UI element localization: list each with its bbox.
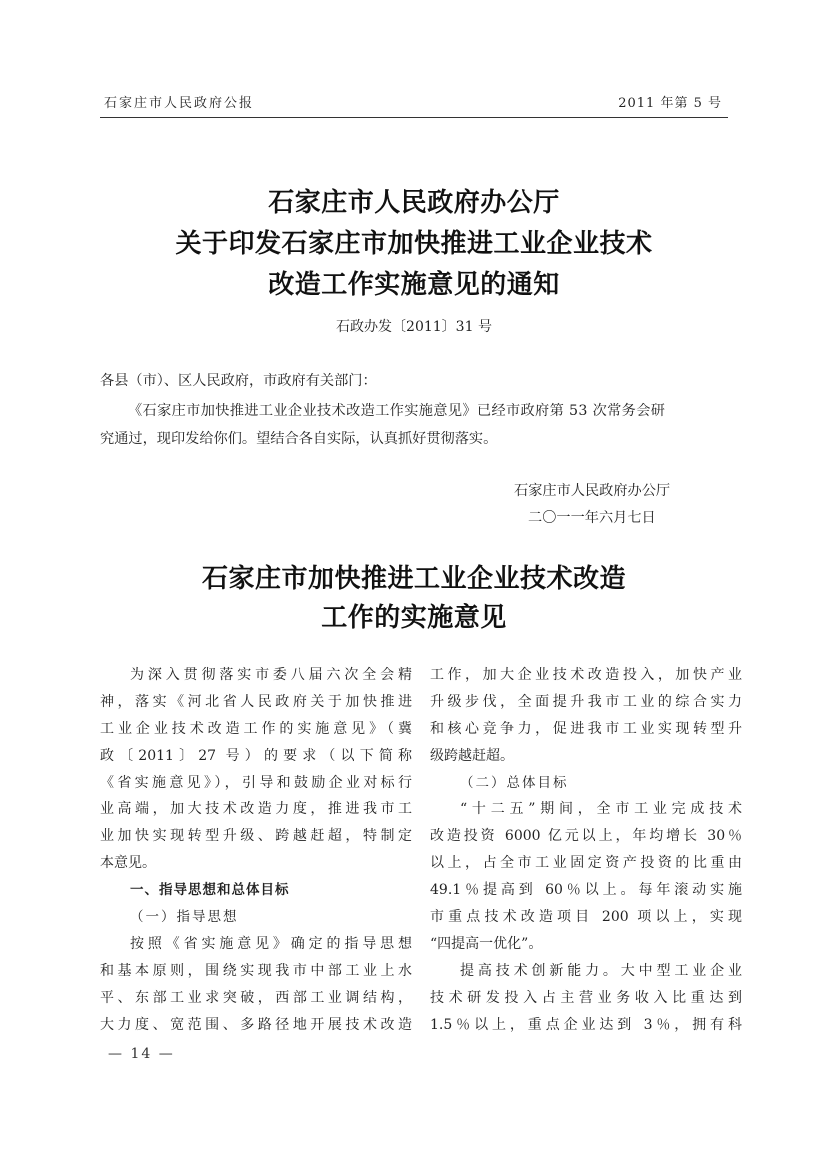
body-line: 按照《省实施意见》确定的指导思想 [100, 931, 412, 958]
body-line: 为深入贯彻落实市委八届六次全会精 [100, 662, 412, 689]
body-line: 以上，占全市工业固定资产投资的比重由 [430, 850, 742, 877]
body-line: 大力度、宽范围、多路径地开展技术改造 [100, 1012, 412, 1039]
subsection-heading: （二）总体目标 [430, 770, 742, 797]
notice-title: 石家庄市人民政府办公厅 关于印发石家庄市加快推进工业企业技术 改造工作实施意见的… [100, 183, 728, 306]
opinion-title-line: 石家庄市加快推进工业企业技术改造 [100, 560, 728, 599]
body-line: 《省实施意见》），引导和鼓励企业对标行 [100, 770, 412, 797]
body-line: 业加快实现转型升级、跨越赶超，特制定 [100, 823, 412, 850]
body-line: 提高技术创新能力。大中型工业企业 [430, 958, 742, 985]
opinion-title-line: 工作的实施意见 [100, 599, 728, 638]
header-divider [100, 117, 728, 118]
body-line: 本意见。 [100, 850, 412, 877]
running-header: 石家庄市人民政府公报 2011 年第 5 号 [100, 92, 728, 114]
body-line: 级跨越赶超。 [430, 743, 742, 770]
notice-body-line: 究通过，现印发给你们。望结合各自实际，认真抓好贯彻落实。 [100, 428, 497, 448]
signature-org: 石家庄市人民政府办公厅 [514, 480, 670, 500]
left-column: 为深入贯彻落实市委八届六次全会精 神，落实《河北省人民政府关于加快推进 工业企业… [100, 662, 412, 1038]
body-line: 市重点技术改造项目 200 项以上，实现 [430, 904, 742, 931]
opinion-title: 石家庄市加快推进工业企业技术改造 工作的实施意见 [100, 560, 728, 638]
publication-name: 石家庄市人民政府公报 [104, 92, 254, 111]
body-line: 平、东部工业求突破，西部工业调结构， [100, 985, 412, 1012]
body-line: 升级步伐，全面提升我市工业的综合实力 [430, 689, 742, 716]
body-line: 和核心竞争力，促进我市工业实现转型升 [430, 716, 742, 743]
body-line: 49.1％提高到 60％以上。每年滚动实施 [430, 877, 742, 904]
notice-title-line: 改造工作实施意见的通知 [100, 265, 728, 306]
body-line: “十二五”期间，全市工业完成技术 [430, 796, 742, 823]
section-heading: 一、指导思想和总体目标 [100, 877, 412, 904]
document-number: 石政办发〔2011〕31 号 [100, 316, 728, 336]
notice-body-line: 《石家庄市加快推进工业企业技术改造工作实施意见》已经市政府第 53 次常务会研 [128, 400, 665, 420]
signature-date: 二〇一一年六月七日 [528, 507, 656, 527]
document-page: 石家庄市人民政府公报 2011 年第 5 号 石家庄市人民政府办公厅 关于印发石… [0, 0, 826, 1169]
addressee: 各县（市）、区人民政府，市政府有关部门： [100, 370, 377, 390]
body-line: 工业企业技术改造工作的实施意见》（冀 [100, 716, 412, 743]
body-line: 技术研发投入占主营业务收入比重达到 [430, 985, 742, 1012]
subsection-heading: （一）指导思想 [100, 904, 412, 931]
body-line: “四提高一优化”。 [430, 931, 742, 958]
issue-number: 2011 年第 5 号 [618, 92, 722, 111]
page-number: — 14 — [108, 1046, 175, 1062]
body-line: 和基本原则，围绕实现我市中部工业上水 [100, 958, 412, 985]
body-line: 业高端，加大技术改造力度，推进我市工 [100, 796, 412, 823]
notice-title-line: 关于印发石家庄市加快推进工业企业技术 [100, 224, 728, 265]
body-line: 政〔2011〕27 号）的要求（以下简称 [100, 743, 412, 770]
body-line: 改造投资 6000 亿元以上，年均增长 30％ [430, 823, 742, 850]
notice-title-line: 石家庄市人民政府办公厅 [100, 183, 728, 224]
body-line: 神，落实《河北省人民政府关于加快推进 [100, 689, 412, 716]
body-line: 工作，加大企业技术改造投入，加快产业 [430, 662, 742, 689]
body-line: 1.5％以上，重点企业达到 3％，拥有科 [430, 1012, 742, 1039]
right-column: 工作，加大企业技术改造投入，加快产业 升级步伐，全面提升我市工业的综合实力 和核… [430, 662, 742, 1038]
